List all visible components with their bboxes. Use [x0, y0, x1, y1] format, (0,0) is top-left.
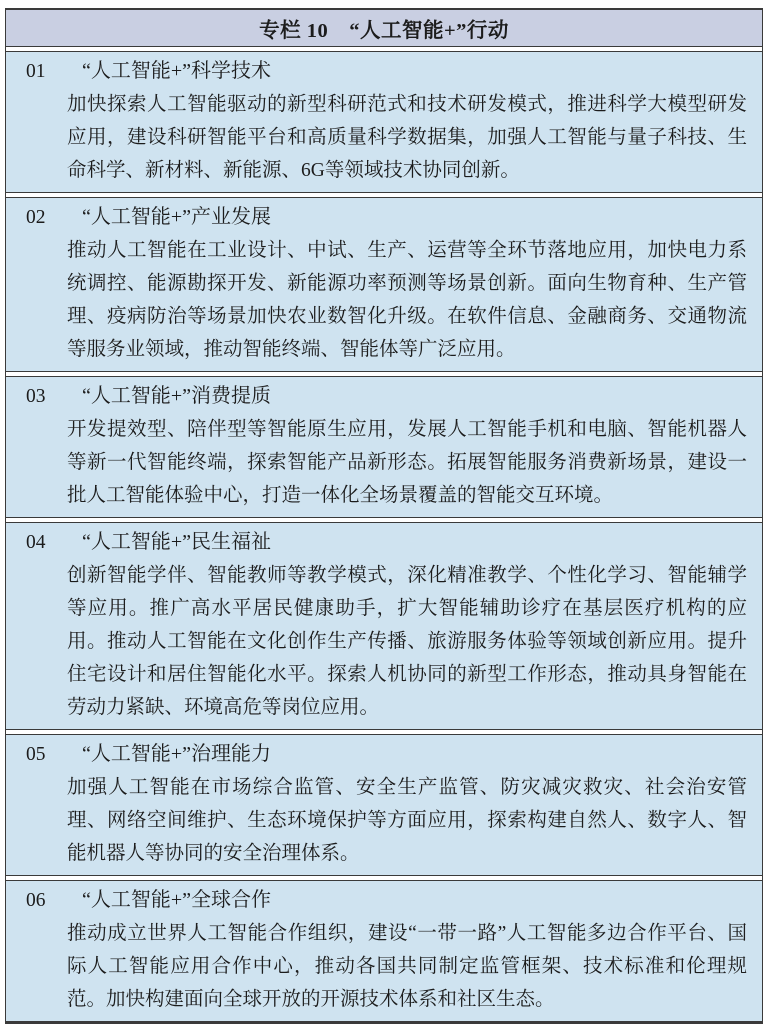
section-body: 推动人工智能在工业设计、中试、生产、运营等全环节落地应用，加快电力系统调控、能源… — [67, 234, 747, 366]
section-number: 05 — [26, 738, 82, 771]
section-science-tech: 01“人工智能+”科学技术 加快探索人工智能驱动的新型科研范式和技术研发模式，推… — [6, 51, 762, 193]
section-title-row: 05“人工智能+”治理能力 — [26, 738, 747, 771]
ai-plus-action-panel: 专栏 10 “人工智能+”行动 01“人工智能+”科学技术 加快探索人工智能驱动… — [5, 8, 763, 1024]
section-title-row: 02“人工智能+”产业发展 — [26, 201, 747, 234]
panel-title: 专栏 10 “人工智能+”行动 — [259, 13, 509, 43]
section-livelihood-welfare: 04“人工智能+”民生福祉 创新智能学伴、智能教师等教学模式，深化精准教学、个性… — [6, 522, 762, 730]
section-title: “人工智能+”消费提质 — [82, 385, 271, 407]
section-global-cooperation: 06“人工智能+”全球合作 推动成立世界人工智能合作组织，建设“一带一路”人工智… — [6, 880, 762, 1022]
page: 专栏 10 “人工智能+”行动 01“人工智能+”科学技术 加快探索人工智能驱动… — [0, 0, 768, 1005]
section-title: “人工智能+”全球合作 — [82, 889, 271, 911]
panel-header: 专栏 10 “人工智能+”行动 — [6, 10, 762, 47]
section-body: 加强人工智能在市场综合监管、安全生产监管、防灾减灾救灾、社会治安管理、网络空间维… — [67, 771, 747, 870]
section-title-row: 01“人工智能+”科学技术 — [26, 55, 747, 88]
section-title: “人工智能+”产业发展 — [82, 206, 271, 228]
section-title: “人工智能+”民生福祉 — [82, 531, 271, 553]
section-governance-capacity: 05“人工智能+”治理能力 加强人工智能在市场综合监管、安全生产监管、防灾减灾救… — [6, 734, 762, 876]
section-industry-dev: 02“人工智能+”产业发展 推动人工智能在工业设计、中试、生产、运营等全环节落地… — [6, 197, 762, 372]
section-title-row: 06“人工智能+”全球合作 — [26, 884, 747, 917]
section-number: 03 — [26, 380, 82, 413]
section-title: “人工智能+”科学技术 — [82, 60, 271, 82]
section-number: 02 — [26, 201, 82, 234]
section-title-row: 04“人工智能+”民生福祉 — [26, 526, 747, 559]
section-number: 01 — [26, 55, 82, 88]
section-body: 加快探索人工智能驱动的新型科研范式和技术研发模式，推进科学大模型研发应用，建设科… — [67, 88, 747, 187]
section-consumption-quality: 03“人工智能+”消费提质 开发提效型、陪伴型等智能原生应用，发展人工智能手机和… — [6, 376, 762, 518]
section-body: 创新智能学伴、智能教师等教学模式，深化精准教学、个性化学习、智能辅学等应用。推广… — [67, 559, 747, 724]
section-title: “人工智能+”治理能力 — [82, 743, 271, 765]
section-body: 开发提效型、陪伴型等智能原生应用，发展人工智能手机和电脑、智能机器人等新一代智能… — [67, 413, 747, 512]
section-body: 推动成立世界人工智能合作组织，建设“一带一路”人工智能多边合作平台、国际人工智能… — [67, 917, 747, 1016]
section-number: 04 — [26, 526, 82, 559]
section-number: 06 — [26, 884, 82, 917]
section-title-row: 03“人工智能+”消费提质 — [26, 380, 747, 413]
